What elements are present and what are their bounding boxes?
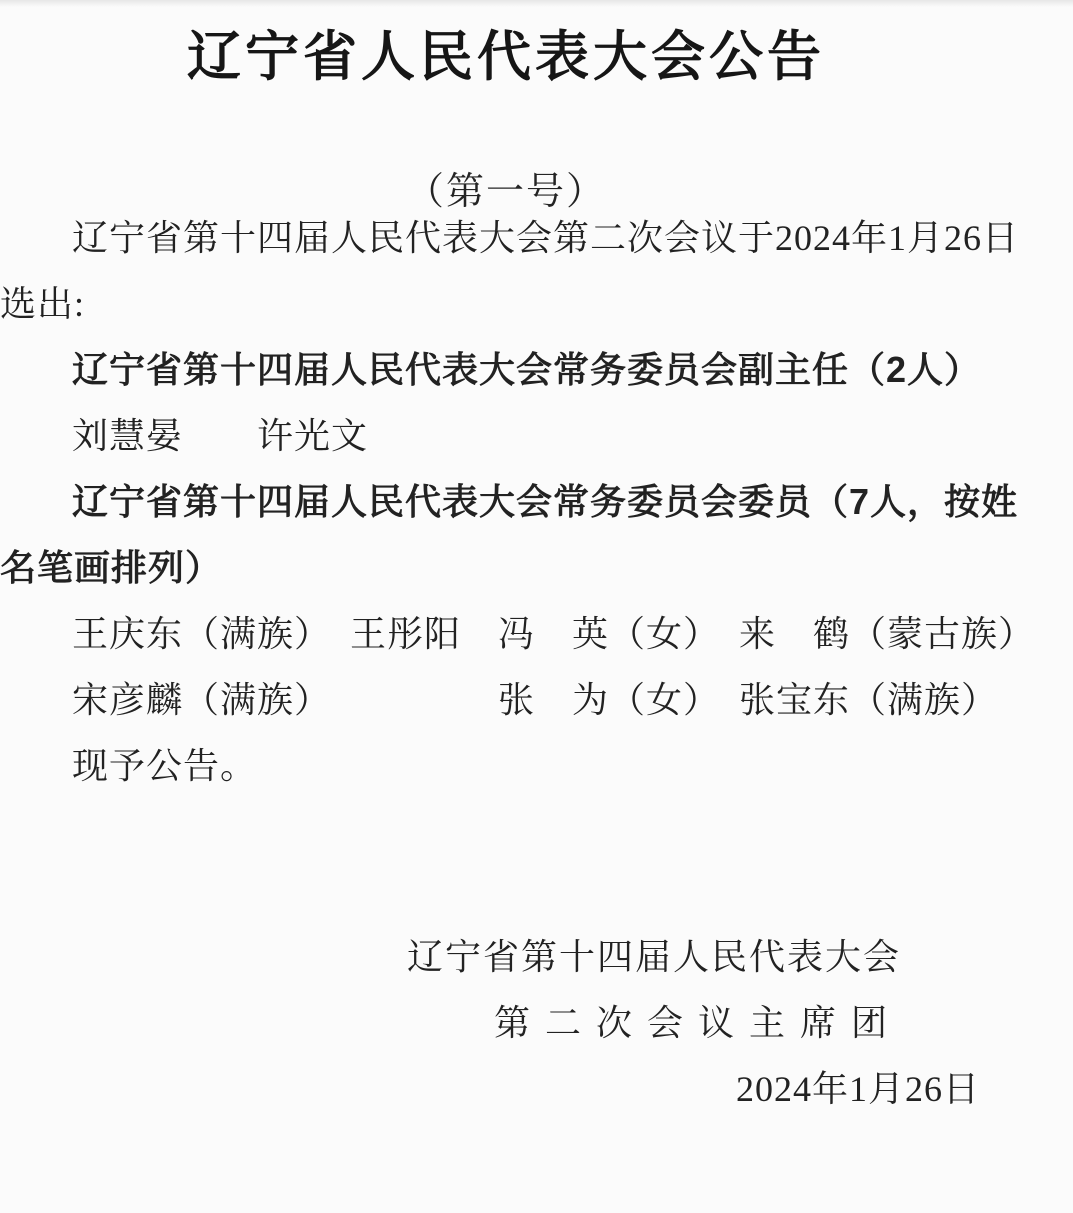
- section2-names-row-2: 宋彦麟（满族） 张 为（女） 张宝东（满族）: [0, 678, 1073, 722]
- signature-block: 辽宁省第十四届人民代表大会 第二次会议主席团 2024年1月26日: [0, 935, 1073, 1111]
- section2-names-row-1: 王庆东（满族） 王彤阳 冯 英（女） 来 鹤（蒙古族）: [0, 612, 1073, 656]
- announcement-document: 辽宁省人民代表大会公告 （第一号） 辽宁省第十四届人民代表大会第二次会议于202…: [0, 0, 1073, 1213]
- signature-date: 2024年1月26日: [0, 1067, 1073, 1111]
- section2-heading-members-line2: 名笔画排列）: [0, 546, 1073, 590]
- document-title: 辽宁省人民代表大会公告: [0, 0, 1012, 92]
- intro-line-2: 选出:: [0, 282, 1073, 326]
- issue-number: （第一号）: [0, 168, 1012, 216]
- signature-organization: 辽宁省第十四届人民代表大会: [0, 935, 1073, 979]
- section1-names: 刘慧晏 许光文: [0, 414, 1073, 458]
- section1-heading-vice-chairs: 辽宁省第十四届人民代表大会常务委员会副主任（2人）: [0, 348, 1073, 392]
- closing-line: 现予公告。: [0, 744, 1073, 788]
- intro-line-1: 辽宁省第十四届人民代表大会第二次会议于2024年1月26日: [0, 216, 1073, 260]
- section2-heading-members-line1: 辽宁省第十四届人民代表大会常务委员会委员（7人，按姓: [0, 480, 1073, 524]
- signature-presidium: 第二次会议主席团: [0, 1001, 1073, 1045]
